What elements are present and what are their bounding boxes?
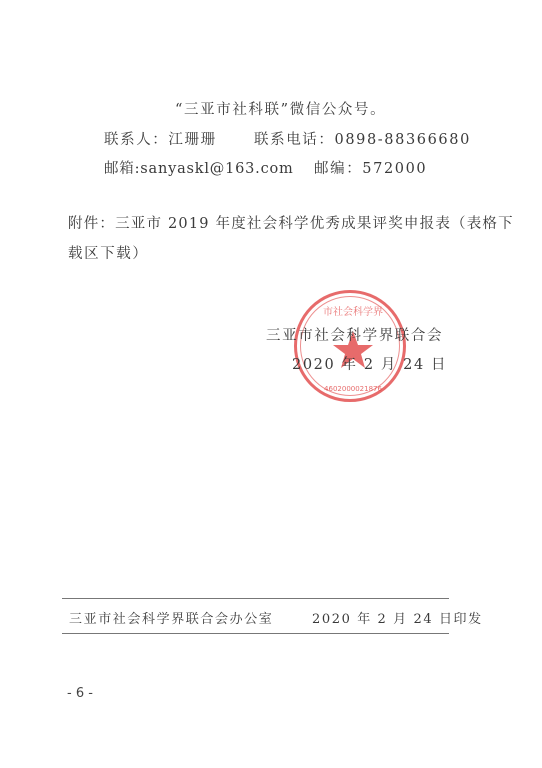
page-number: - 6 - — [67, 686, 93, 701]
footer-issuer: 三亚市社会科学界联合会办公室 — [69, 608, 273, 627]
attachment-line-2: 载区下载） — [68, 242, 149, 263]
footer-rule-top — [62, 598, 449, 599]
official-seal: 4602000021876 市社会科学界 — [294, 290, 406, 402]
attachment-line-1: 附件：三亚市 2019 年度社会科学优秀成果评奖申报表（表格下 — [68, 212, 514, 233]
contact-phone: 联系电话：0898-88366680 — [254, 128, 471, 149]
star-icon: 4602000021876 市社会科学界 — [297, 293, 409, 405]
svg-text:市社会科学界: 市社会科学界 — [323, 305, 383, 318]
signature-org: 三亚市社会科学界联合会 — [266, 324, 443, 345]
signature-date: 2020 年 2 月 24 日 — [292, 353, 447, 374]
postcode: 邮编：572000 — [314, 157, 427, 178]
svg-text:4602000021876: 4602000021876 — [324, 385, 382, 393]
email: 邮箱:sanyaskl@163.com — [104, 157, 294, 178]
contact-person: 联系人：江珊珊 — [104, 128, 217, 149]
wechat-line: “三亚市社科联”微信公众号。 — [175, 98, 386, 119]
footer-issue-date: 2020 年 2 月 24 日印发 — [312, 608, 483, 627]
footer-rule-bottom — [62, 633, 449, 634]
